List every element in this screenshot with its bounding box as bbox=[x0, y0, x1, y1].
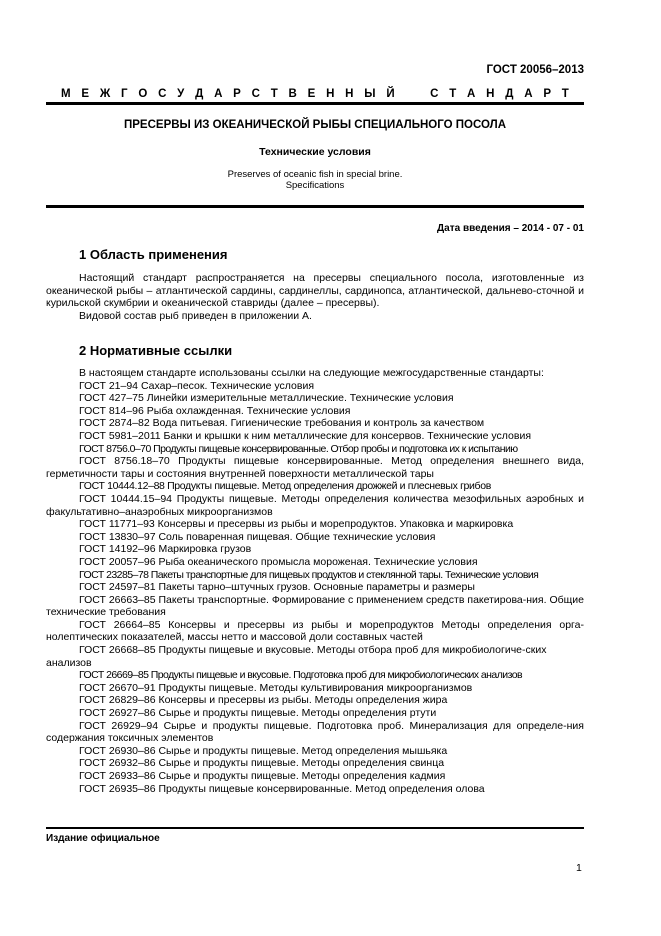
introduction-date: Дата введения – 2014 - 07 - 01 bbox=[437, 223, 584, 234]
header-rule-top bbox=[46, 102, 584, 105]
banner-letter: О bbox=[138, 88, 147, 100]
reference-item: ГОСТ 24597–81 Пакеты тарно–штучных грузо… bbox=[46, 581, 584, 594]
section-1-paragraph: Настоящий стандарт распространяется на п… bbox=[46, 272, 584, 310]
banner-letter: Н bbox=[486, 88, 494, 100]
banner-letter: Е bbox=[308, 88, 316, 100]
reference-item: ГОСТ 2874–82 Вода питьевая. Гигиенически… bbox=[46, 417, 584, 430]
banner-letter: Т bbox=[562, 88, 569, 100]
reference-item: ГОСТ 14192–96 Маркировка грузов bbox=[46, 543, 584, 556]
reference-item: ГОСТ 8756.0–70 Продукты пищевые консерви… bbox=[46, 443, 584, 456]
reference-item: ГОСТ 26670–91 Продукты пищевые. Методы к… bbox=[46, 682, 584, 695]
reference-item: ГОСТ 26669–85 Продукты пищевые и вкусовы… bbox=[46, 669, 584, 682]
standard-title: ПРЕСЕРВЫ ИЗ ОКЕАНИЧЕСКОЙ РЫБЫ СПЕЦИАЛЬНО… bbox=[46, 119, 584, 131]
reference-item: ГОСТ 814–96 Рыба охлажденная. Технически… bbox=[46, 405, 584, 418]
footer-rule bbox=[46, 827, 584, 829]
banner-letter: Г bbox=[121, 88, 128, 100]
banner-letter: М bbox=[61, 88, 71, 100]
banner-letter: С bbox=[158, 88, 166, 100]
reference-item: ГОСТ 23285–78 Пакеты транспортные для пи… bbox=[46, 569, 584, 582]
standard-subtitle: Технические условия bbox=[46, 146, 584, 158]
banner-letter: Ж bbox=[100, 88, 110, 100]
reference-item: ГОСТ 26930–86 Сырье и продукты пищевые. … bbox=[46, 745, 584, 758]
banner-letter: Н bbox=[326, 88, 334, 100]
header-rule-bottom bbox=[46, 205, 584, 208]
normative-references-list: В настоящем стандарте использованы ссылк… bbox=[46, 367, 584, 795]
reference-item: ГОСТ 26927–86 Сырье и продукты пищевые. … bbox=[46, 707, 584, 720]
references-intro: В настоящем стандарте использованы ссылк… bbox=[46, 367, 584, 380]
document-code: ГОСТ 20056–2013 bbox=[486, 64, 584, 76]
reference-item: ГОСТ 26829–86 Консервы и пресервы из рыб… bbox=[46, 694, 584, 707]
english-title-line-1: Preserves of oceanic fish in special bri… bbox=[46, 169, 584, 180]
reference-item: ГОСТ 26663–85 Пакеты транспортные. Форми… bbox=[46, 594, 584, 619]
reference-item: ГОСТ 26664–85 Консервы и пресервы из рыб… bbox=[46, 619, 584, 644]
reference-item: ГОСТ 10444.12–88 Продукты пищевые. Метод… bbox=[46, 480, 584, 493]
document-page: ГОСТ 20056–2013 МЕЖГОСУДАРСТВЕННЫЙ СТАНД… bbox=[0, 0, 661, 936]
reference-item: ГОСТ 26932–86 Сырье и продукты пищевые. … bbox=[46, 757, 584, 770]
reference-item: ГОСТ 10444.15–94 Продукты пищевые. Метод… bbox=[46, 493, 584, 518]
banner-letter: А bbox=[524, 88, 532, 100]
english-title-line-2: Specifications bbox=[46, 180, 584, 191]
banner-letter: А bbox=[467, 88, 475, 100]
section-2-heading: 2 Нормативные ссылки bbox=[79, 343, 232, 358]
banner-letter: С bbox=[252, 88, 260, 100]
banner-letter: Р bbox=[233, 88, 241, 100]
banner-letter: У bbox=[177, 88, 184, 100]
reference-item: ГОСТ 13830–97 Соль поваренная пищевая. О… bbox=[46, 531, 584, 544]
english-title: Preserves of oceanic fish in special bri… bbox=[46, 169, 584, 191]
reference-item: ГОСТ 8756.18–70 Продукты пищевые консерв… bbox=[46, 455, 584, 480]
interstate-standard-banner: МЕЖГОСУДАРСТВЕННЫЙ СТАНДАРТ bbox=[46, 88, 584, 100]
banner-letter: С bbox=[430, 88, 438, 100]
banner-letter: Д bbox=[505, 88, 513, 100]
banner-letter: Н bbox=[345, 88, 353, 100]
banner-letter: Ы bbox=[364, 88, 375, 100]
banner-letter: Е bbox=[81, 88, 89, 100]
page-number: 1 bbox=[576, 862, 582, 874]
section-1-paragraph: Видовой состав рыб приведен в приложении… bbox=[46, 310, 584, 323]
reference-item: ГОСТ 26935–86 Продукты пищевые консервир… bbox=[46, 783, 584, 796]
official-edition-label: Издание официальное bbox=[46, 833, 160, 844]
reference-item: ГОСТ 21–94 Сахар–песок. Технические усло… bbox=[46, 380, 584, 393]
reference-item: ГОСТ 427–75 Линейки измерительные металл… bbox=[46, 392, 584, 405]
banner-letter: Т bbox=[271, 88, 278, 100]
reference-item: ГОСТ 5981–2011 Банки и крышки к ним мета… bbox=[46, 430, 584, 443]
reference-item: ГОСТ 26668–85 Продукты пищевые и вкусовы… bbox=[46, 644, 584, 669]
reference-item: ГОСТ 20057–96 Рыба океанического промысл… bbox=[46, 556, 584, 569]
banner-letter: А bbox=[214, 88, 222, 100]
banner-letter: В bbox=[289, 88, 297, 100]
banner-letter: Д bbox=[195, 88, 203, 100]
reference-item: ГОСТ 26929–94 Сырье и продукты пищевые. … bbox=[46, 720, 584, 745]
reference-item: ГОСТ 11771–93 Консервы и пресервы из рыб… bbox=[46, 518, 584, 531]
banner-letter: Т bbox=[449, 88, 456, 100]
banner-letter: Й bbox=[386, 88, 394, 100]
reference-item: ГОСТ 26933–86 Сырье и продукты пищевые. … bbox=[46, 770, 584, 783]
section-1-body: Настоящий стандарт распространяется на п… bbox=[46, 272, 584, 322]
banner-letter bbox=[405, 88, 419, 100]
banner-letter: Р bbox=[543, 88, 551, 100]
section-1-heading: 1 Область применения bbox=[79, 247, 228, 262]
